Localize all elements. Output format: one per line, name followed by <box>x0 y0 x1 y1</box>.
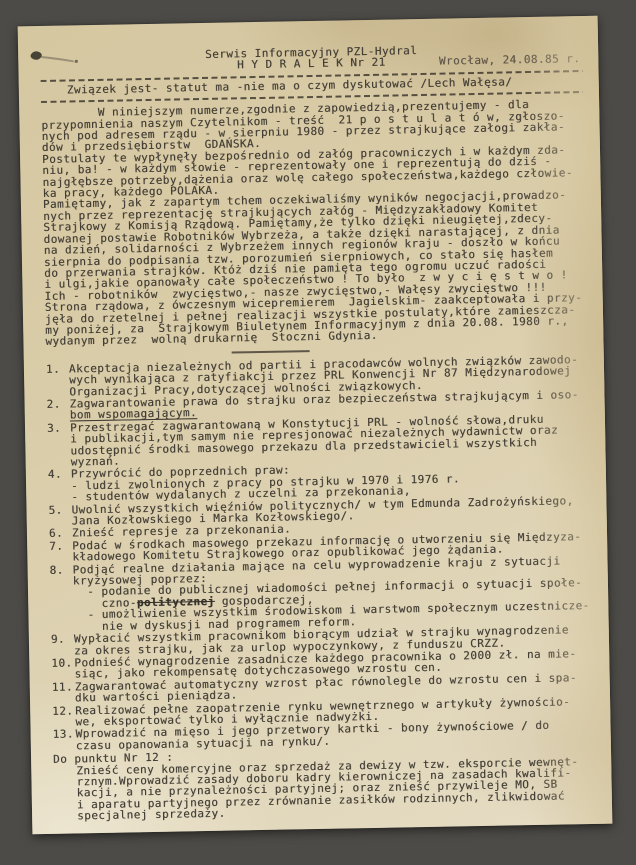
postulate-text: Podjąć realne działania mające na celu w… <box>73 555 593 633</box>
postulate-number: 11. <box>52 681 75 704</box>
postulate-number: 9. <box>51 634 74 657</box>
postulate-item: 8. Podjąć realne działania mające na cel… <box>50 555 593 633</box>
postulate-number: 5. <box>48 504 71 527</box>
postulate-number: 13. <box>53 729 76 752</box>
postulates-list: 1. Akceptacja niezależnych od partii i p… <box>46 354 595 752</box>
postulate-number: 6. <box>49 528 72 540</box>
photo-background: Serwis Informacyjny PZL-Hydral H Y D R A… <box>0 0 636 865</box>
postulate-number: 2. <box>46 398 69 421</box>
postulate-number: 10. <box>51 657 74 680</box>
section-divider <box>232 350 310 353</box>
masthead: Serwis Informacyjny PZL-Hydral H Y D R A… <box>40 42 582 75</box>
dateline: Wrocław, 24.08.85 r. <box>439 53 581 67</box>
postulate-text: Przestrzegać zagwarantowaną w Konstytucj… <box>70 413 590 468</box>
addendum: Do punktu Nr 12 : Znieść ceny komercyjne… <box>53 744 596 822</box>
postulate-number: 3. <box>47 422 71 468</box>
typewritten-content: Serwis Informacyjny PZL-Hydral H Y D R A… <box>18 16 613 834</box>
postulate-number: 1. <box>46 363 70 398</box>
document-page: Serwis Informacyjny PZL-Hydral H Y D R A… <box>18 16 613 834</box>
intro-text: W niniejszym numerze,zgodnie z zapowiedz… <box>41 98 587 347</box>
bulletin-title: H Y D R A L E K Nr 21 <box>237 56 386 72</box>
addendum-text: Znieść ceny komercyjne oraz sprzedaż za … <box>76 755 596 822</box>
postulate-number: 12. <box>52 705 75 728</box>
postulate-number: 7. <box>49 540 72 563</box>
postulate-number: 4. <box>48 469 72 504</box>
postulate-number: 8. <box>50 564 74 633</box>
